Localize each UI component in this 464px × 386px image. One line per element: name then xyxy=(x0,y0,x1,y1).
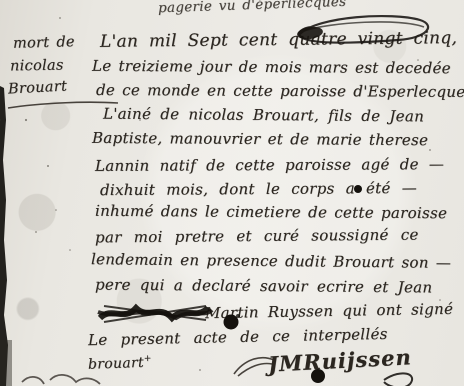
ink-blot xyxy=(311,369,325,383)
next-entry-fragment xyxy=(22,375,100,384)
manuscript-scan: pagerie vu d'éperliecques mort de nicola… xyxy=(0,0,464,386)
scribble-redaction xyxy=(98,306,212,322)
signature-tail-flourish xyxy=(384,373,412,386)
paper-specks xyxy=(0,17,441,371)
binding-edge-smudge xyxy=(0,340,12,386)
ink-marks-overlay xyxy=(0,0,464,386)
ink-blot xyxy=(354,185,362,193)
margin-underline-flourish xyxy=(8,102,118,108)
scratch-out-top xyxy=(296,16,428,43)
signature-flourish xyxy=(234,358,274,376)
ink-blot-satellite xyxy=(236,314,240,318)
